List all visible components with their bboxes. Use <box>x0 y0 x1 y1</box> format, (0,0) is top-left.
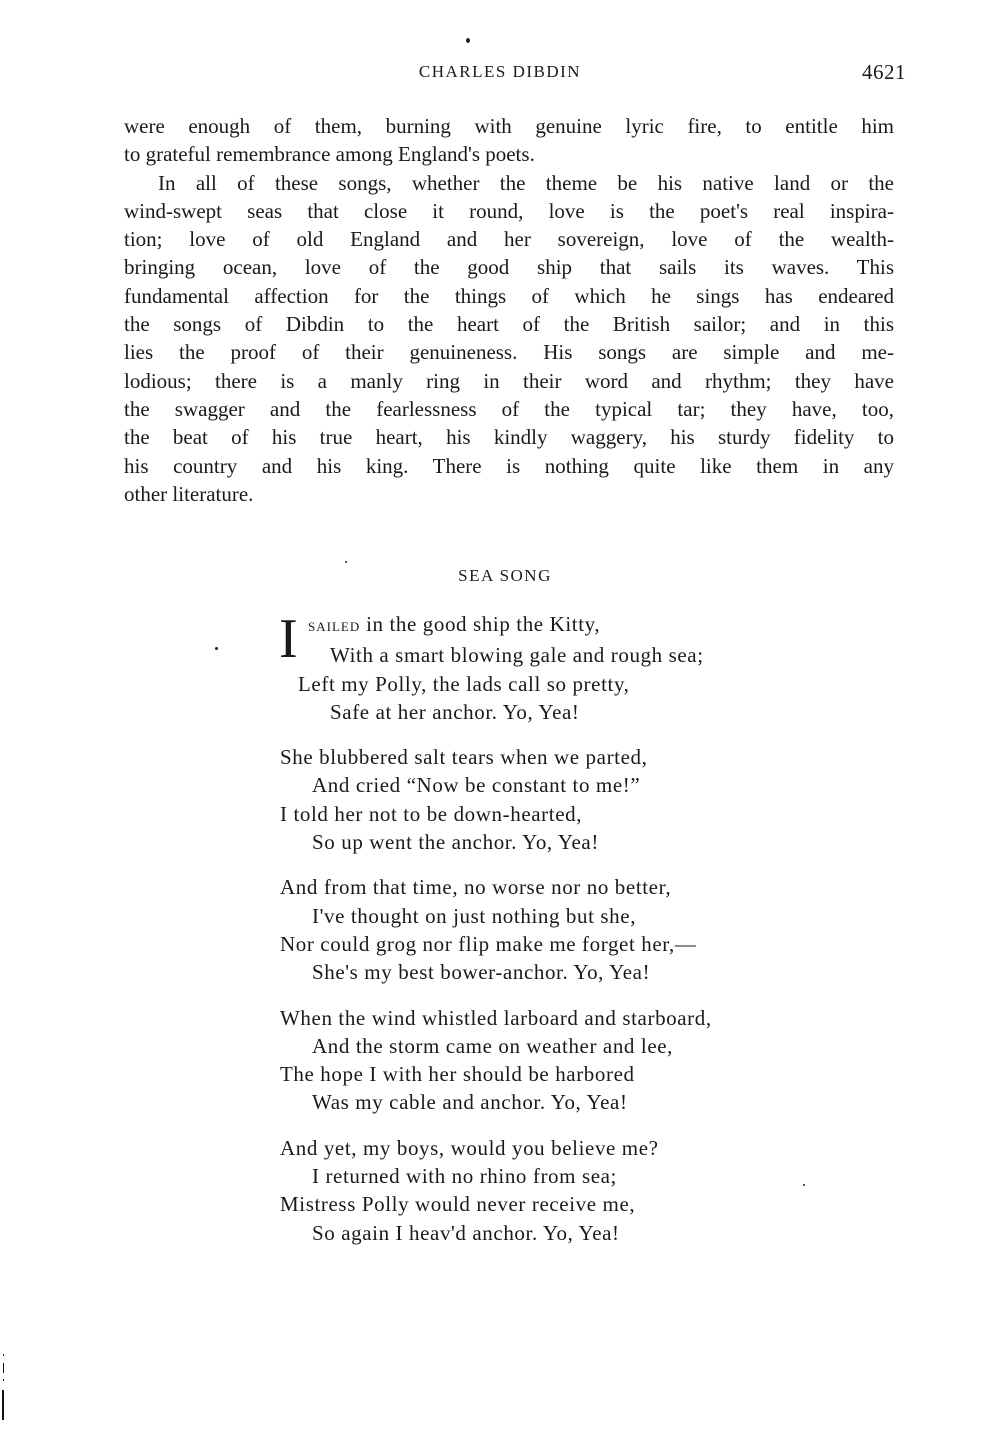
stanza-2: She blubbered salt tears when we parted,… <box>280 743 712 856</box>
verse-line: Left my Polly, the lads call so pretty, <box>280 670 712 698</box>
verse-line: So again I heav'd anchor. Yo, Yea! <box>280 1219 712 1247</box>
stanza-4: When the wind whistled larboard and star… <box>280 1004 712 1117</box>
text-line: fundamental affection for the things of … <box>124 282 894 310</box>
verse-text: in the good ship the Kitty, <box>360 612 600 636</box>
verse-line: And from that time, no worse nor no bett… <box>280 873 712 901</box>
verse-line: I've thought on just nothing but she, <box>280 902 712 930</box>
text-line: the beat of his true heart, his kindly w… <box>124 423 894 451</box>
text-line: were enough of them, burning with genuin… <box>124 112 894 140</box>
text-line: tion; love of old England and her sovere… <box>124 225 894 253</box>
poem-body: ISAILED in the good ship the Kitty, With… <box>280 610 712 1264</box>
scan-speck <box>466 38 470 43</box>
page-number: 4621 <box>862 60 906 85</box>
prose-body: were enough of them, burning with genuin… <box>124 112 894 508</box>
verse-line: I returned with no rhino from sea; <box>280 1162 712 1190</box>
book-page: CHARLES DIBDIN 4621 were enough of them,… <box>0 0 1000 1436</box>
text-line: lies the proof of their genuineness. His… <box>124 338 894 366</box>
text-line: his country and his king. There is nothi… <box>124 452 894 480</box>
verse-line: Was my cable and anchor. Yo, Yea! <box>280 1088 712 1116</box>
text-line: to grateful remembrance among England's … <box>124 140 894 168</box>
verse-line: Nor could grog nor flip make me forget h… <box>280 930 712 958</box>
scan-margin-mark <box>3 1379 4 1381</box>
verse-line: And yet, my boys, would you believe me? <box>280 1134 712 1162</box>
text-line: bringing ocean, love of the good ship th… <box>124 253 894 281</box>
text-line: wind-swept seas that close it round, lov… <box>124 197 894 225</box>
scan-speck <box>803 1184 805 1186</box>
verse-line: And the storm came on weather and lee, <box>280 1032 712 1060</box>
small-caps-word: SAILED <box>308 619 360 634</box>
stanza-1: ISAILED in the good ship the Kitty, With… <box>280 610 712 726</box>
text-line: the swagger and the fearlessness of the … <box>124 395 894 423</box>
paragraph-2: In all of these songs, whether the theme… <box>124 169 894 509</box>
verse-line: The hope I with her should be harbored <box>280 1060 712 1088</box>
verse-line: She blubbered salt tears when we parted, <box>280 743 712 771</box>
text-line: the songs of Dibdin to the heart of the … <box>124 310 894 338</box>
poem-title: SEA SONG <box>0 566 1000 586</box>
scan-margin-mark <box>3 1363 4 1373</box>
scan-margin-mark <box>2 1390 4 1420</box>
stanza-5: And yet, my boys, would you believe me? … <box>280 1134 712 1247</box>
scan-margin-mark <box>3 1354 4 1356</box>
scan-speck <box>345 561 347 563</box>
drop-cap: I <box>279 614 298 664</box>
verse-line: With a smart blowing gale and rough sea; <box>280 641 712 669</box>
verse-line: Mistress Polly would never receive me, <box>280 1190 712 1218</box>
text-line: lodious; there is a manly ring in their … <box>124 367 894 395</box>
running-head: CHARLES DIBDIN <box>0 62 1000 82</box>
verse-line: Safe at her anchor. Yo, Yea! <box>280 698 712 726</box>
verse-line: So up went the anchor. Yo, Yea! <box>280 828 712 856</box>
text-line: In all of these songs, whether the theme… <box>124 169 894 197</box>
paragraph-1: were enough of them, burning with genuin… <box>124 112 894 169</box>
scan-speck <box>215 647 218 650</box>
verse-line: I told her not to be down-hearted, <box>280 800 712 828</box>
verse-line: ISAILED in the good ship the Kitty, <box>280 610 712 641</box>
verse-line: And cried “Now be constant to me!” <box>280 771 712 799</box>
verse-line: When the wind whistled larboard and star… <box>280 1004 712 1032</box>
text-line: other literature. <box>124 480 894 508</box>
stanza-3: And from that time, no worse nor no bett… <box>280 873 712 986</box>
verse-line: She's my best bower-anchor. Yo, Yea! <box>280 958 712 986</box>
